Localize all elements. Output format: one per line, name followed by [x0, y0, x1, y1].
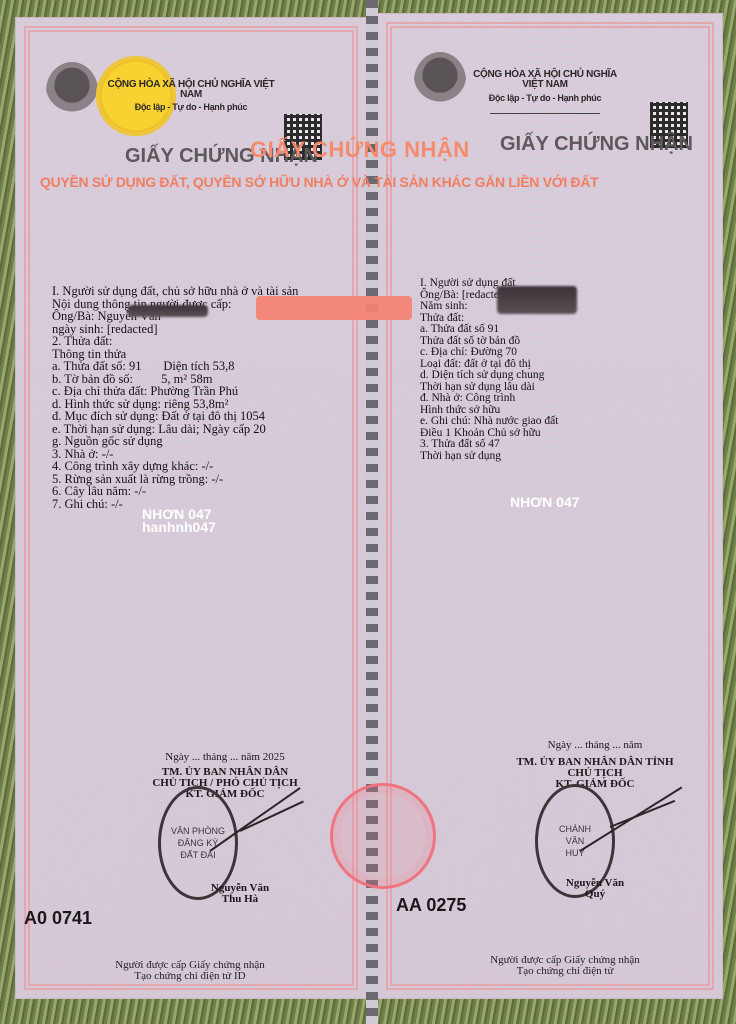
right-header: CỘNG HÒA XÃ HỘI CHỦ NGHĨA VIỆT NAM Độc l…: [470, 70, 620, 114]
body-line: g. Nguồn gốc sử dụng: [52, 435, 298, 448]
redacted-name: [497, 286, 577, 314]
right-title-gray: GIẤY CHỨNG NHẬN: [500, 133, 693, 156]
body-line: Thời hạn sử dụng: [420, 451, 558, 463]
body-line: a. Thửa đất số: 91 Diện tích 53,8: [52, 360, 298, 373]
body-line: 2. Thửa đất:: [52, 335, 298, 348]
right-footer: Người được cấp Giấy chứng nhận Tạo chứng…: [480, 955, 650, 977]
left-footer: Người được cấp Giấy chứng nhận Tạo chứng…: [100, 960, 280, 982]
right-certificate-code: AA 0275: [396, 895, 466, 916]
body-line: d. Diện tích sử dụng chung: [420, 370, 558, 382]
body-line: 3. Thửa đất số 47: [420, 439, 558, 451]
body-line: c. Địa chỉ thửa đất: Phường Trần Phú: [52, 385, 298, 398]
body-line: c. Địa chỉ: Đường 70: [420, 347, 558, 359]
body-line: 6. Cây lâu năm: -/-: [52, 485, 298, 498]
serial-watermark: NHƠN 047 hanhnh047: [142, 508, 216, 534]
left-header: CỘNG HÒA XÃ HỘI CHỦ NGHĨA VIỆT NAM Độc l…: [106, 80, 276, 112]
left-signature-block: Ngày ... tháng ... năm 2025 TM. ỦY BAN N…: [110, 752, 340, 800]
national-emblem-icon: [414, 52, 466, 110]
right-signature-block: Ngày ... tháng ... năm TM. ỦY BAN NHÂN D…: [480, 740, 710, 790]
body-line: 4. Công trình xây dựng khác: -/-: [52, 460, 298, 473]
body-line: a. Thửa đất số 91: [420, 324, 558, 336]
left-signer: Nguyễn Văn Thu Hà: [180, 883, 300, 905]
red-seal-icon: [330, 783, 436, 889]
certificate-title: GIẤY CHỨNG NHẬN: [250, 137, 470, 163]
right-signer: Nguyễn Văn Quý: [540, 878, 650, 900]
certificate-subtitle: QUYỀN SỬ DỤNG ĐẤT, QUYỀN SỞ HỮU NHÀ Ở VÀ…: [40, 174, 710, 190]
body-line: e. Ghi chú: Nhà nước giao đất: [420, 416, 558, 428]
body-line: đ. Mục đích sử dụng: Đất ở tại đô thị 10…: [52, 410, 298, 423]
highlight-bar: [256, 296, 412, 320]
left-certificate-code: A0 0741: [24, 908, 92, 929]
redacted-name: [128, 305, 208, 317]
serial-watermark: NHƠN 047: [510, 496, 580, 509]
national-emblem-icon: [46, 62, 98, 120]
body-line: đ. Nhà ở: Công trình: [420, 393, 558, 405]
